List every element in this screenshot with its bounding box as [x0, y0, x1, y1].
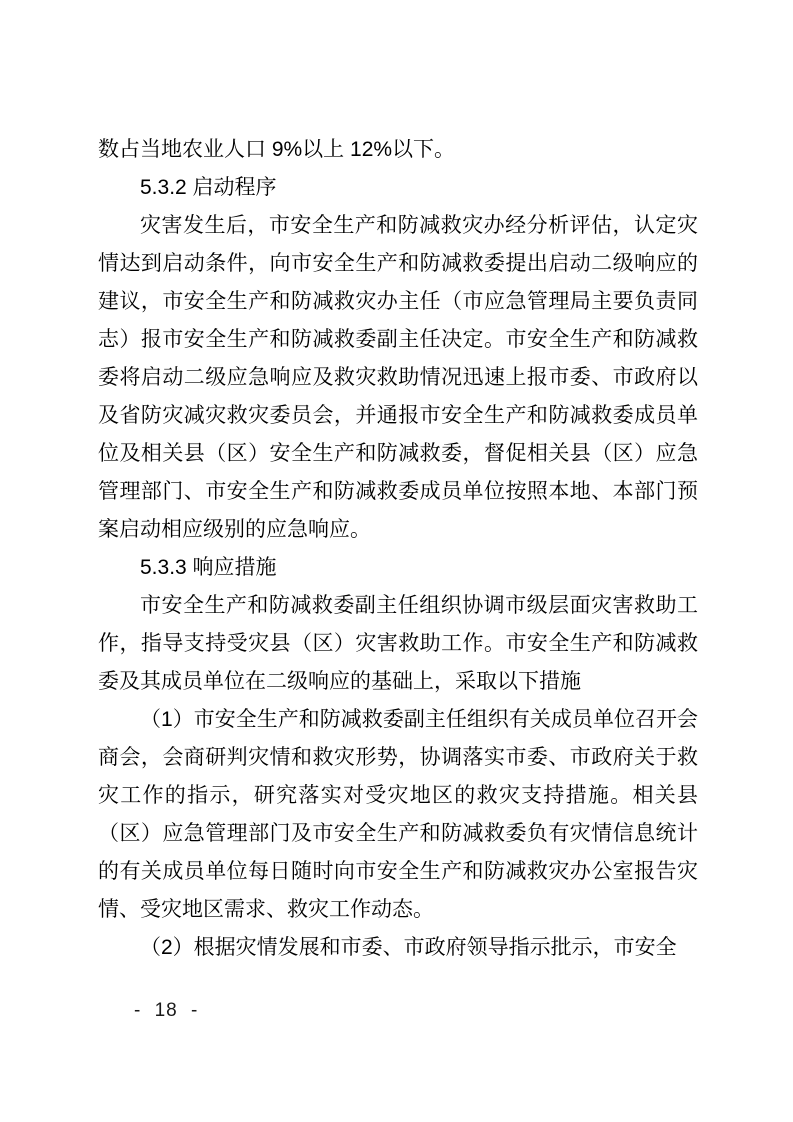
paragraph-response-measures-intro: 市安全生产和防减救委副主任组织协调市级层面灾害救助工作，指导支持受灾县（区）灾害…	[98, 587, 698, 701]
section-heading-5-3-2: 5.3.2 启动程序	[98, 169, 698, 207]
paragraph-measure-1: （1）市安全生产和防减救委副主任组织有关成员单位召开会商会，会商研判灾情和救灾形…	[98, 701, 698, 929]
document-body: 数占当地农业人口 9%以上 12%以下。 5.3.2 启动程序 灾害发生后，市安…	[98, 131, 698, 967]
paragraph-measure-2: （2）根据灾情发展和市委、市政府领导指示批示，市安全	[98, 929, 698, 967]
document-page: 数占当地农业人口 9%以上 12%以下。 5.3.2 启动程序 灾害发生后，市安…	[0, 0, 793, 1122]
paragraph-activation-procedure: 灾害发生后，市安全生产和防减救灾办经分析评估，认定灾情达到启动条件，向市安全生产…	[98, 207, 698, 549]
page-number: - 18 -	[134, 998, 198, 1024]
paragraph-continuation: 数占当地农业人口 9%以上 12%以下。	[98, 131, 698, 169]
section-heading-5-3-3: 5.3.3 响应措施	[98, 549, 698, 587]
